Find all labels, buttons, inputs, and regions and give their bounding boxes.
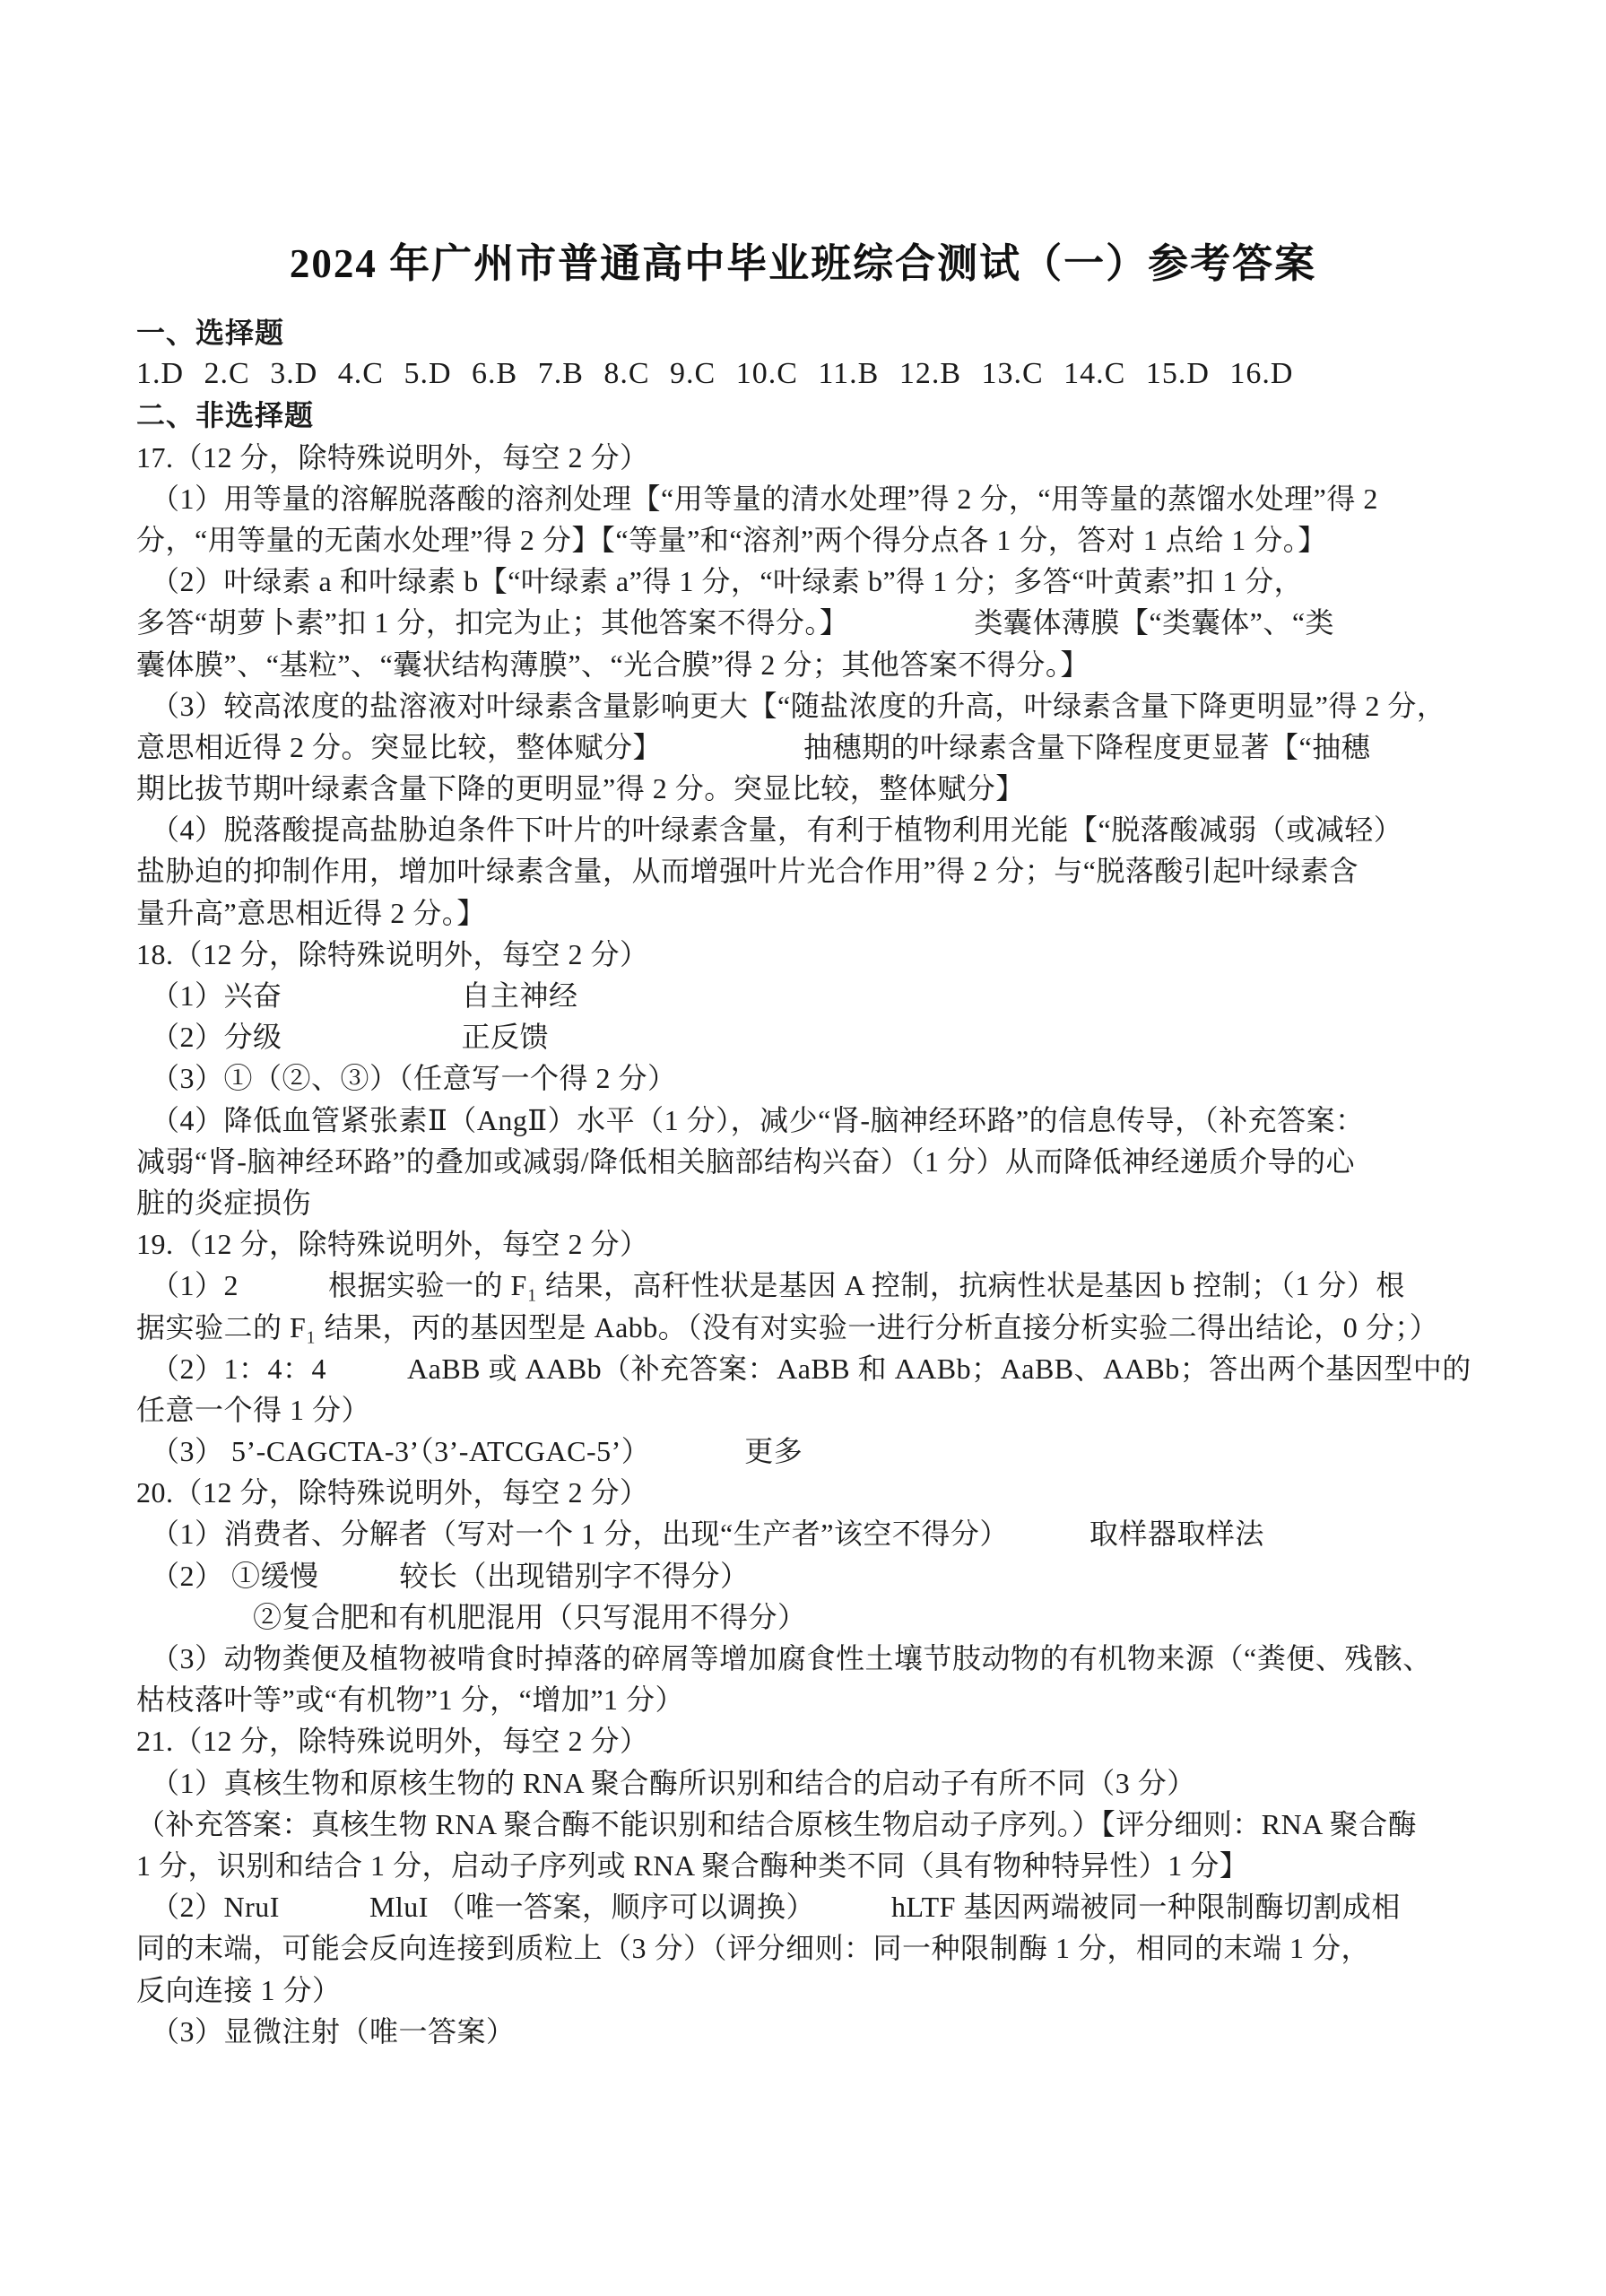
- text-line: （2）1：4：4AaBB 或 AABb（补充答案：AaBB 和 AABb；AaB…: [136, 1348, 1480, 1389]
- text-run: 脏的炎症损伤: [136, 1182, 311, 1223]
- text-run: （3） 5’-CAGCTA-3’（3’-ATCGAC-5’）: [151, 1431, 650, 1472]
- text-line: ②复合肥和有机肥混用（只写混用不得分）: [136, 1596, 1480, 1638]
- text-run: 多答“胡萝卜素”扣 1 分，扣完为止；其他答案不得分。】: [136, 602, 848, 643]
- text-line: （1）2根据实验一的 F₁ 结果，高秆性状是基因 A 控制，抗病性状是基因 b …: [136, 1265, 1480, 1306]
- text-line: 据实验二的 F₁ 结果，丙的基因型是 Aabb。（没有对实验一进行分析直接分析实…: [136, 1307, 1480, 1348]
- choice-answers-line: 1.D 2.C 3.D 4.C 5.D 6.B 7.B 8.C 9.C 10.C…: [136, 353, 1480, 395]
- text-run: 抽穗期的叶绿素含量下降程度更显著【“抽穗: [803, 726, 1370, 768]
- question-heading: 18.（12 分，除特殊说明外，每空 2 分）: [136, 934, 1480, 975]
- text-run: 取样器取样法: [1089, 1513, 1264, 1554]
- text-line: 反向连接 1 分）: [136, 1970, 1480, 2011]
- text-run: 一、选择题: [136, 312, 284, 353]
- text-run: ②复合肥和有机肥混用（只写混用不得分）: [253, 1596, 807, 1638]
- text-run: （4）降低血管紧张素Ⅱ（AngⅡ）水平（1 分），减少“肾-脑神经环路”的信息传…: [151, 1100, 1365, 1141]
- text-run: 18.（12 分，除特殊说明外，每空 2 分）: [136, 934, 649, 975]
- text-run: 盐胁迫的抑制作用，增加叶绿素含量，从而增强叶片光合作用”得 2 分；与“脱落酸引…: [136, 850, 1359, 891]
- text-run: （4）脱落酸提高盐胁迫条件下叶片的叶绿素含量，有利于植物利用光能【“脱落酸减弱（…: [151, 809, 1402, 850]
- text-run: 17.（12 分，除特殊说明外，每空 2 分）: [136, 437, 649, 478]
- page-title: 2024 年广州市普通高中毕业班综合测试（一）参考答案: [0, 0, 1606, 287]
- text-run: 类囊体薄膜【“类囊体”、“类: [974, 602, 1334, 643]
- question-heading: 20.（12 分，除特殊说明外，每空 2 分）: [136, 1472, 1480, 1513]
- text-run: 期比拔节期叶绿素含量下降的更明显”得 2 分。突显比较，整体赋分】: [136, 768, 1025, 809]
- text-line: 1 分，识别和结合 1 分，启动子序列或 RNA 聚合酶种类不同（具有物种特异性…: [136, 1845, 1480, 1886]
- text-line: （4）降低血管紧张素Ⅱ（AngⅡ）水平（1 分），减少“肾-脑神经环路”的信息传…: [136, 1100, 1480, 1141]
- text-run: （2） ①缓慢: [151, 1555, 319, 1596]
- text-line: （补充答案：真核生物 RNA 聚合酶不能识别和结合原核生物启动子序列。）【评分细…: [136, 1804, 1480, 1845]
- text-line: （3）较高浓度的盐溶液对叶绿素含量影响更大【“随盐浓度的升高，叶绿素含量下降更明…: [136, 685, 1480, 726]
- text-run: AaBB 或 AABb（补充答案：AaBB 和 AABb；AaBB、AABb；答…: [407, 1348, 1471, 1389]
- text-run: （2）NruI: [151, 1886, 280, 1927]
- text-run: （1）用等量的溶解脱落酸的溶剂处理【“用等量的清水处理”得 2 分，“用等量的蒸…: [151, 478, 1378, 519]
- section-heading: 一、选择题: [136, 312, 1480, 353]
- text-run: 同的末端，可能会反向连接到质粒上（3 分）（评分细则：同一种限制酶 1 分，相同…: [136, 1927, 1370, 1969]
- text-run: MluI （唯一答案，顺序可以调换）: [369, 1886, 815, 1927]
- text-run: 正反馈: [462, 1016, 550, 1057]
- text-line: （2）叶绿素 a 和叶绿素 b【“叶绿素 a”得 1 分，“叶绿素 b”得 1 …: [136, 561, 1480, 602]
- text-run: 枯枝落叶等”或“有机物”1 分，“增加”1 分）: [136, 1679, 684, 1720]
- text-run: 20.（12 分，除特殊说明外，每空 2 分）: [136, 1472, 649, 1513]
- text-line: 意思相近得 2 分。突显比较，整体赋分】抽穗期的叶绿素含量下降程度更显著【“抽穗: [136, 726, 1480, 768]
- text-run: （1）消费者、分解者（写对一个 1 分，出现“生产者”该空不得分）: [151, 1513, 1009, 1554]
- text-run: 二、非选择题: [136, 395, 314, 436]
- text-line: 枯枝落叶等”或“有机物”1 分，“增加”1 分）: [136, 1679, 1480, 1720]
- text-run: （2）叶绿素 a 和叶绿素 b【“叶绿素 a”得 1 分，“叶绿素 b”得 1 …: [151, 561, 1303, 602]
- text-run: （3）较高浓度的盐溶液对叶绿素含量影响更大【“随盐浓度的升高，叶绿素含量下降更明…: [151, 685, 1445, 726]
- text-line: （1）兴奋自主神经: [136, 975, 1480, 1016]
- text-run: 根据实验一的 F₁ 结果，高秆性状是基因 A 控制，抗病性状是基因 b 控制；（…: [328, 1265, 1405, 1306]
- text-run: hLTF 基因两端被同一种限制酶切割成相: [891, 1886, 1401, 1927]
- text-line: 分，“用等量的无菌水处理”得 2 分】【“等量”和“溶剂”两个得分点各 1 分，…: [136, 519, 1480, 561]
- text-line: （3）显微注射（唯一答案）: [136, 2011, 1480, 2052]
- text-line: 任意一个得 1 分）: [136, 1389, 1480, 1431]
- text-line: （1）用等量的溶解脱落酸的溶剂处理【“用等量的清水处理”得 2 分，“用等量的蒸…: [136, 478, 1480, 519]
- text-run: （3）动物粪便及植物被啃食时掉落的碎屑等增加腐食性土壤节肢动物的有机物来源（“粪…: [151, 1638, 1432, 1679]
- text-run: 21.（12 分，除特殊说明外，每空 2 分）: [136, 1720, 649, 1761]
- text-line: 盐胁迫的抑制作用，增加叶绿素含量，从而增强叶片光合作用”得 2 分；与“脱落酸引…: [136, 850, 1480, 891]
- text-line: （2）NruIMluI （唯一答案，顺序可以调换）hLTF 基因两端被同一种限制…: [136, 1886, 1480, 1927]
- text-line: 囊体膜”、“基粒”、“囊状结构薄膜”、“光合膜”得 2 分；其他答案不得分。】: [136, 644, 1480, 685]
- text-run: 意思相近得 2 分。突显比较，整体赋分】: [136, 726, 662, 768]
- text-line: 量升高”意思相近得 2 分。】: [136, 892, 1480, 934]
- document-body: 一、选择题1.D 2.C 3.D 4.C 5.D 6.B 7.B 8.C 9.C…: [136, 312, 1480, 2052]
- text-run: 1.D 2.C 3.D 4.C 5.D 6.B 7.B 8.C 9.C 10.C…: [136, 353, 1293, 395]
- text-line: （3）①（②、③）（任意写一个得 2 分）: [136, 1057, 1480, 1099]
- text-line: （4）脱落酸提高盐胁迫条件下叶片的叶绿素含量，有利于植物利用光能【“脱落酸减弱（…: [136, 809, 1480, 850]
- text-run: （补充答案：真核生物 RNA 聚合酶不能识别和结合原核生物启动子序列。）【评分细…: [136, 1804, 1417, 1845]
- text-line: （2） ①缓慢较长（出现错别字不得分）: [136, 1555, 1480, 1596]
- text-line: 多答“胡萝卜素”扣 1 分，扣完为止；其他答案不得分。】类囊体薄膜【“类囊体”、…: [136, 602, 1480, 643]
- question-heading: 19.（12 分，除特殊说明外，每空 2 分）: [136, 1223, 1480, 1265]
- question-heading: 17.（12 分，除特殊说明外，每空 2 分）: [136, 437, 1480, 478]
- question-heading: 21.（12 分，除特殊说明外，每空 2 分）: [136, 1720, 1480, 1761]
- text-line: （1）消费者、分解者（写对一个 1 分，出现“生产者”该空不得分）取样器取样法: [136, 1513, 1480, 1554]
- text-line: 脏的炎症损伤: [136, 1182, 1480, 1223]
- text-run: 分，“用等量的无菌水处理”得 2 分】【“等量”和“溶剂”两个得分点各 1 分，…: [136, 519, 1327, 561]
- text-run: 减弱“肾-脑神经环路”的叠加或减弱/降低相关脑部结构兴奋）（1 分）从而降低神经…: [136, 1141, 1355, 1182]
- text-line: 同的末端，可能会反向连接到质粒上（3 分）（评分细则：同一种限制酶 1 分，相同…: [136, 1927, 1480, 1969]
- text-run: 自主神经: [462, 975, 578, 1016]
- section-heading: 二、非选择题: [136, 395, 1480, 436]
- text-run: 量升高”意思相近得 2 分。】: [136, 892, 486, 934]
- text-run: （1）真核生物和原核生物的 RNA 聚合酶所识别和结合的启动子有所不同（3 分）: [151, 1762, 1196, 1804]
- text-run: （2）分级: [151, 1016, 282, 1057]
- text-run: 囊体膜”、“基粒”、“囊状结构薄膜”、“光合膜”得 2 分；其他答案不得分。】: [136, 644, 1089, 685]
- text-line: （3） 5’-CAGCTA-3’（3’-ATCGAC-5’）更多: [136, 1431, 1480, 1472]
- text-run: 更多: [744, 1431, 803, 1472]
- text-run: 据实验二的 F₁ 结果，丙的基因型是 Aabb。（没有对实验一进行分析直接分析实…: [136, 1307, 1438, 1348]
- answer-sheet-page: 2024 年广州市普通高中毕业班综合测试（一）参考答案 一、选择题1.D 2.C…: [0, 0, 1606, 2296]
- text-run: （3）①（②、③）（任意写一个得 2 分）: [151, 1057, 677, 1099]
- text-run: 反向连接 1 分）: [136, 1970, 342, 2011]
- text-run: 任意一个得 1 分）: [136, 1389, 370, 1431]
- text-line: （3）动物粪便及植物被啃食时掉落的碎屑等增加腐食性土壤节肢动物的有机物来源（“粪…: [136, 1638, 1480, 1679]
- text-run: （1）2: [151, 1265, 239, 1306]
- text-line: 减弱“肾-脑神经环路”的叠加或减弱/降低相关脑部结构兴奋）（1 分）从而降低神经…: [136, 1141, 1480, 1182]
- text-line: （2）分级正反馈: [136, 1016, 1480, 1057]
- text-run: （2）1：4：4: [151, 1348, 326, 1389]
- text-run: 19.（12 分，除特殊说明外，每空 2 分）: [136, 1223, 649, 1265]
- text-run: 较长（出现错别字不得分）: [400, 1555, 750, 1596]
- text-run: （3）显微注射（唯一答案）: [151, 2011, 516, 2052]
- text-line: 期比拔节期叶绿素含量下降的更明显”得 2 分。突显比较，整体赋分】: [136, 768, 1480, 809]
- text-run: 1 分，识别和结合 1 分，启动子序列或 RNA 聚合酶种类不同（具有物种特异性…: [136, 1845, 1248, 1886]
- text-run: （1）兴奋: [151, 975, 282, 1016]
- text-line: （1）真核生物和原核生物的 RNA 聚合酶所识别和结合的启动子有所不同（3 分）: [136, 1762, 1480, 1804]
